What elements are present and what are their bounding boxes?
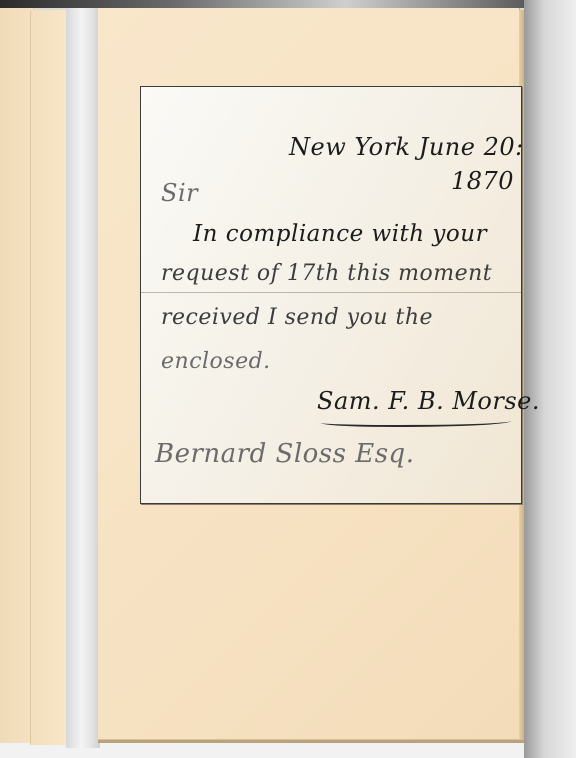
top-shadow: [0, 0, 576, 8]
fold-line: [141, 292, 521, 293]
left-page-leaf-back: [0, 8, 34, 743]
page-bottom-edge: [98, 740, 524, 743]
left-page-leaf-front: [30, 10, 70, 745]
letter-addressee: Bernard Sloss Esq.: [155, 439, 414, 469]
letter-body-line-2: request of 17th this moment: [161, 261, 492, 286]
right-margin-shadow: [524, 0, 576, 758]
letter-place-date: New York June 20:: [289, 133, 524, 161]
signature-flourish: [321, 417, 511, 427]
letter-signature: Sam. F. B. Morse.: [317, 387, 540, 415]
letter-year: 1870: [451, 167, 514, 195]
letter-body-line-4: enclosed.: [161, 349, 271, 374]
mounted-letter: New York June 20: 1870 Sir In compliance…: [140, 86, 522, 504]
book-gutter: [66, 8, 100, 748]
letter-salutation: Sir: [161, 179, 198, 207]
letter-body-line-3: received I send you the: [161, 305, 433, 330]
letter-body-line-1: In compliance with your: [193, 221, 487, 247]
